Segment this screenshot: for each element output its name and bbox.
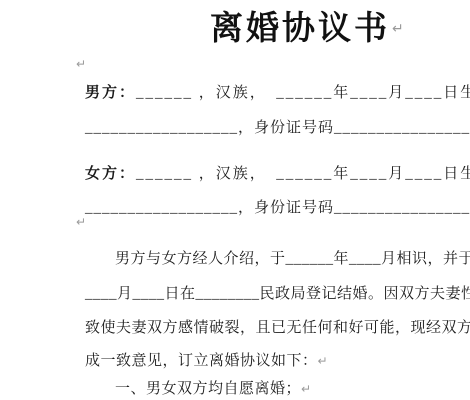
paragraph-mark-icon: ↵ — [392, 21, 404, 37]
paragraph-mark-icon: ↵ — [76, 215, 86, 229]
intro-line-4: 成一致意见，订立离婚协议如下：↵ — [85, 351, 328, 371]
female-id-line: __________________，身份证号码________________… — [85, 198, 470, 218]
paragraph-mark-icon: ↵ — [318, 354, 328, 368]
list-item-1: 一、男女双方均自愿离婚；↵ — [85, 379, 311, 399]
male-party-line: 男方：______ ，汉族， ______年____月____日生 — [85, 83, 470, 103]
intro-line-4-text: 成一致意见，订立离婚协议如下： — [85, 353, 318, 369]
intro-line-2: ____月____日在________民政局登记结婚。因双方夫妻性格 — [85, 284, 470, 304]
male-label: 男方： — [85, 85, 136, 101]
intro-line-3: 致使夫妻双方感情破裂，且已无任何和好可能，现经双方自愿 — [85, 318, 470, 338]
female-label: 女方： — [85, 166, 136, 182]
page-title: 离婚协议书↵ — [210, 2, 404, 49]
female-info-blanks: ______ ，汉族， ______年____月____日生 — [136, 166, 470, 182]
female-party-line: 女方：______ ，汉族， ______年____月____日生 — [85, 164, 470, 184]
page-title-text: 离婚协议书 — [210, 11, 390, 47]
intro-line-1: 男方与女方经人介绍，于______年____月相识，并于____ — [85, 249, 470, 269]
male-id-line: __________________，身份证号码________________… — [85, 118, 470, 138]
paragraph-mark-icon: ↵ — [301, 382, 311, 396]
paragraph-mark-icon: ↵ — [76, 57, 86, 71]
document-page: 离婚协议书↵ ↵ 男方：______ ，汉族， ______年____月____… — [0, 0, 470, 400]
list-item-1-text: 一、男女双方均自愿离婚； — [115, 381, 301, 397]
male-info-blanks: ______ ，汉族， ______年____月____日生 — [136, 85, 470, 101]
